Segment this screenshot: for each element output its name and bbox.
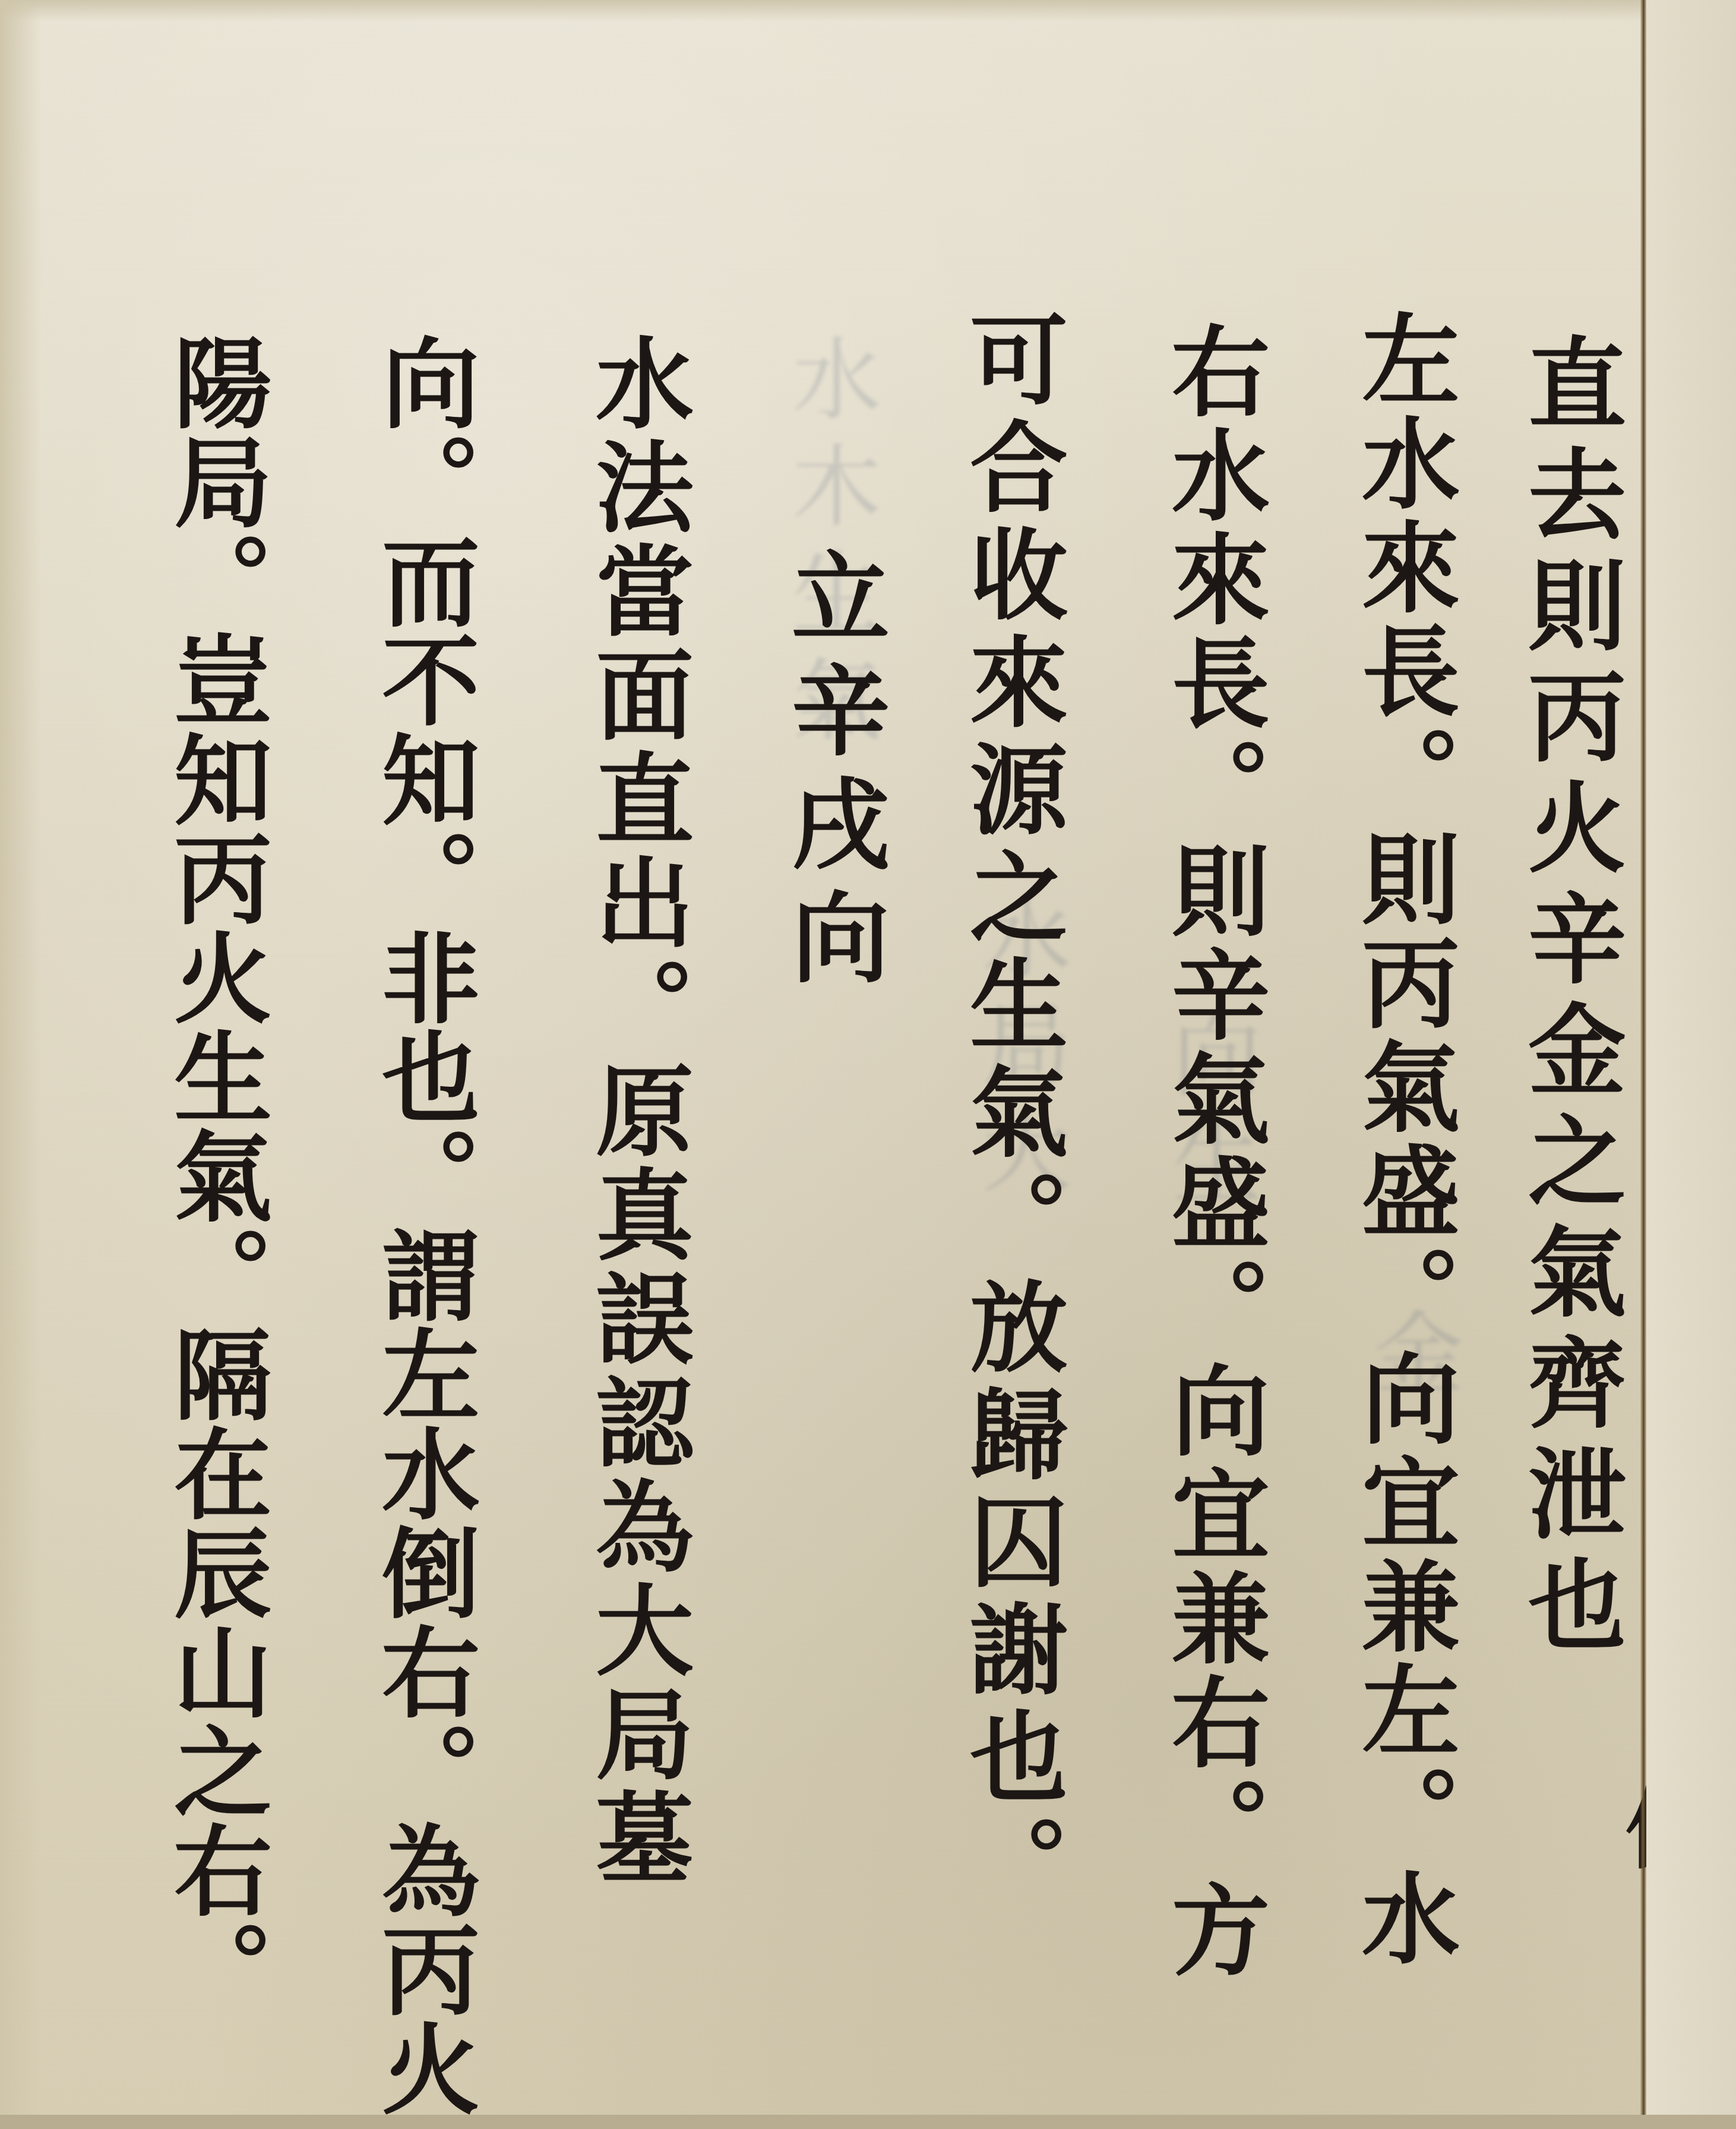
text-column-4: 可合收來源之生氣。放歸囚謝也。	[962, 309, 1060, 1921]
page-left-edge	[0, 0, 42, 2129]
text-column-8: 陽局。豈知丙火生氣。隔在辰山之右。	[166, 333, 264, 2019]
page-fold-line	[1640, 0, 1646, 2129]
text-column-1: 直去則丙火辛金之氣齊泄也	[1520, 333, 1618, 1665]
heading-column-5: 立辛戌向	[784, 546, 882, 1000]
page-bottom-edge	[0, 2115, 1736, 2129]
text-column-2: 左水來長。則丙氣盛。向宜兼左。水	[1354, 309, 1452, 1972]
manuscript-page: 水木生氣 水局大 向生 金 直去則丙火辛金之氣齊泄也 但 左水來長。則丙氣盛。向…	[0, 0, 1645, 2129]
text-column-3: 右水來長。則辛氣盛。向宜兼右。方	[1164, 321, 1262, 1984]
text-column-6: 水法當面直出。原真誤認為大局墓	[588, 333, 686, 1891]
page-top-edge	[0, 0, 1645, 21]
adjacent-page-edge	[1646, 0, 1736, 2129]
text-column-7: 向。而不知。非也。謂左水倒右。為丙火	[374, 333, 472, 2118]
